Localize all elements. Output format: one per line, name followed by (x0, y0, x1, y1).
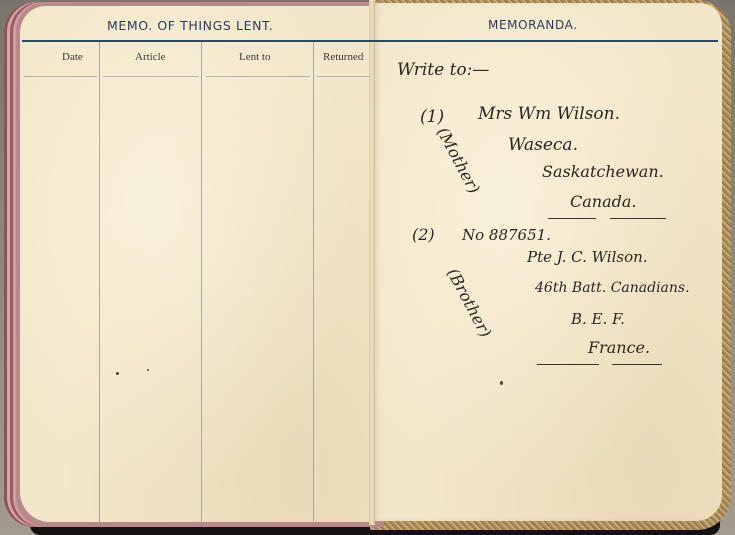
book-spine-gutter (369, 0, 375, 525)
ink-speck (147, 369, 149, 371)
entry2-line4: France. (588, 338, 650, 357)
column-divider (201, 42, 202, 522)
column-header-returned: Returned (323, 51, 363, 63)
entry1-number: (1) (420, 107, 444, 127)
entry1-line3: Saskatchewan. (542, 162, 664, 181)
ink-speck (116, 372, 119, 375)
header-underline (317, 76, 370, 77)
column-header-lent-to: Lent to (239, 51, 270, 63)
entry2-line3: B. E. F. (571, 310, 625, 328)
flourish-underline (548, 218, 596, 219)
column-header-article: Article (135, 51, 166, 63)
entry2-line1: Pte J. C. Wilson. (527, 248, 648, 266)
entry2-service-number: No 887651. (462, 226, 551, 244)
flourish-underline (612, 364, 662, 365)
header-underline (103, 76, 199, 77)
ink-speck (500, 381, 503, 385)
entry2-number: (2) (412, 225, 435, 244)
entry2-line2: 46th Batt. Canadians. (535, 280, 690, 296)
header-underline (206, 76, 310, 77)
right-page-heading: MEMORANDA. (488, 18, 578, 32)
heading-rule-right (372, 40, 718, 42)
flourish-underline (610, 218, 666, 219)
left-page (20, 6, 372, 522)
header-underline (24, 76, 97, 77)
entry1-line1: Mrs Wm Wilson. (478, 104, 620, 124)
flourish-underline (537, 364, 599, 365)
entry1-line2: Waseca. (508, 135, 578, 155)
handwritten-intro: Write to:— (397, 60, 489, 80)
column-divider (99, 42, 100, 522)
column-header-date: Date (62, 51, 83, 63)
heading-rule-left (22, 40, 372, 42)
left-page-heading: MEMO. OF THINGS LENT. (107, 18, 273, 33)
entry1-line4: Canada. (570, 192, 637, 211)
column-divider (313, 42, 314, 522)
